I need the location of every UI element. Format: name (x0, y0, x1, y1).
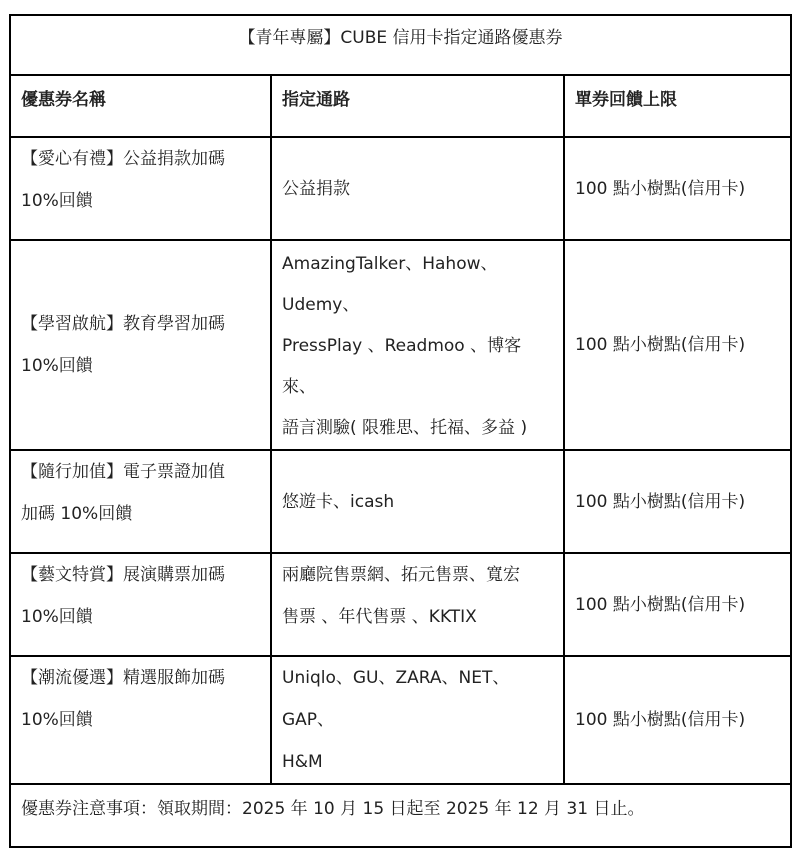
table-title-row: 【青年專屬】CUBE 信用卡指定通路優惠券 (10, 15, 791, 75)
limit: 100 點小樹點(信用卡) (564, 137, 791, 240)
channels: Uniqlo、GU、ZARA、NET、GAP、H&M (271, 656, 564, 784)
header-row: 優惠券名稱 指定通路 單券回饋上限 (10, 75, 791, 137)
table-row: 【藝文特賞】展演購票加碼10%回饋 兩廳院售票網、拓元售票、寬宏售票 、年代售票… (10, 553, 791, 656)
coupon-name: 【愛心有禮】公益捐款加碼10%回饋 (10, 137, 271, 240)
table-row: 【愛心有禮】公益捐款加碼10%回饋 公益捐款 100 點小樹點(信用卡) (10, 137, 791, 240)
coupon-note: 優惠券注意事項：領取期間：2025 年 10 月 15 日起至 2025 年 1… (10, 784, 791, 847)
coupon-name: 【學習啟航】教育學習加碼10%回饋 (10, 240, 271, 450)
channels: 兩廳院售票網、拓元售票、寬宏售票 、年代售票 、KKTIX (271, 553, 564, 656)
limit: 100 點小樹點(信用卡) (564, 450, 791, 553)
table-row: 【潮流優選】精選服飾加碼10%回饋 Uniqlo、GU、ZARA、NET、GAP… (10, 656, 791, 784)
coupon-name: 【隨行加值】電子票證加值加碼 10%回饋 (10, 450, 271, 553)
coupon-table: 【青年專屬】CUBE 信用卡指定通路優惠券 優惠券名稱 指定通路 單券回饋上限 … (9, 14, 792, 848)
limit: 100 點小樹點(信用卡) (564, 240, 791, 450)
limit: 100 點小樹點(信用卡) (564, 656, 791, 784)
limit: 100 點小樹點(信用卡) (564, 553, 791, 656)
note-row: 優惠券注意事項：領取期間：2025 年 10 月 15 日起至 2025 年 1… (10, 784, 791, 847)
coupon-name: 【藝文特賞】展演購票加碼10%回饋 (10, 553, 271, 656)
channels: 悠遊卡、icash (271, 450, 564, 553)
table-title: 【青年專屬】CUBE 信用卡指定通路優惠券 (10, 15, 791, 75)
channels: 公益捐款 (271, 137, 564, 240)
header-limit: 單券回饋上限 (564, 75, 791, 137)
table-row: 【隨行加值】電子票證加值加碼 10%回饋 悠遊卡、icash 100 點小樹點(… (10, 450, 791, 553)
table-row: 【學習啟航】教育學習加碼10%回饋 AmazingTalker、Hahow、Ud… (10, 240, 791, 450)
header-channels: 指定通路 (271, 75, 564, 137)
header-coupon-name: 優惠券名稱 (10, 75, 271, 137)
channels: AmazingTalker、Hahow、Udemy、PressPlay 、Rea… (271, 240, 564, 450)
coupon-name: 【潮流優選】精選服飾加碼10%回饋 (10, 656, 271, 784)
